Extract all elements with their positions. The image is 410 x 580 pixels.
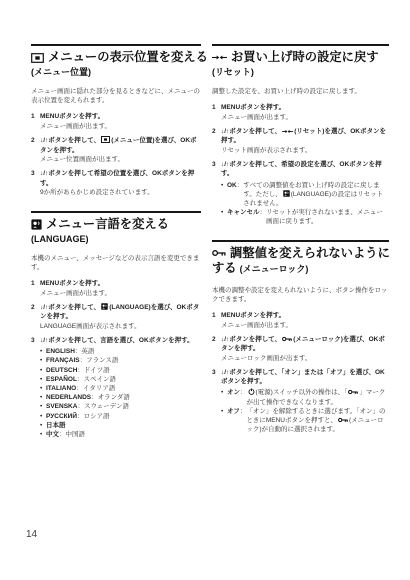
- step: 2 ↓/↑ボタンを押して、(リセット)を選び、OKボタンを押す。 リセット画面が…: [212, 127, 389, 155]
- step-instruction: ↓/↑ボタンを押して、(LANGUAGE)を選び、OKボタンを押す。: [40, 303, 201, 321]
- section-title-text: 調整値を変えられないように: [230, 246, 390, 261]
- step-number: 1: [212, 103, 221, 122]
- step: 2 ↓/↑ボタンを押して、(LANGUAGE)を選び、OKボタンを押す。 LAN…: [31, 303, 201, 331]
- section-intro: 本機の調整や設定を変えられないように、ボタン操作をロックできます。: [212, 286, 389, 304]
- section-menu-lock: 調整値を変えられないように する(メニューロック) 本機の調整や設定を変えられな…: [212, 240, 389, 435]
- menu-position-icon: [31, 53, 44, 63]
- reset-icon: [282, 129, 293, 134]
- step-number: 3: [212, 368, 221, 434]
- section-menu-position: メニューの表示位置を変える (メニュー位置) メニュー画面に隠れた部分を見るとき…: [31, 44, 201, 198]
- language-label: 中国語: [66, 430, 86, 439]
- step-note: メニュー画面が出ます。: [40, 122, 201, 131]
- instruction-text: ↓/↑ボタンを押して、: [40, 304, 100, 311]
- step-content: MENUボタンを押す。 メニュー画面が出ます。: [40, 112, 201, 131]
- step-number: 3: [31, 169, 40, 197]
- step-number: 1: [212, 311, 221, 330]
- language-label: スウェーデン語: [84, 402, 129, 411]
- step-number: 2: [31, 303, 40, 331]
- section-subtitle: (リセット): [212, 66, 389, 78]
- step-note: メニュー位置画面が出ます。: [40, 155, 201, 164]
- step-note: LANGUAGE画面が表示されます。: [40, 322, 201, 331]
- section-divider: [212, 240, 389, 242]
- option-text: すべての調整値をお買い上げ時の設定に戻します。ただし、(LANGUAGE)の設定…: [243, 181, 389, 209]
- language-name: 中文: [46, 430, 59, 439]
- power-icon: [248, 388, 255, 395]
- section-intro: 本機のメニュー、メッセージなどの表示言語を変更できます。: [31, 254, 201, 272]
- language-label: イタリア語: [83, 384, 116, 393]
- option-text-part: リセットが実行されないまま、メニュー画面に戻ります。: [266, 209, 383, 225]
- section-subtitle: (メニュー位置): [31, 66, 201, 78]
- language-label: フランス語: [86, 356, 118, 365]
- step-note: 9か所があらかじめ設定されています。: [40, 188, 201, 197]
- step-note: メニュー画面が出ます。: [221, 321, 389, 330]
- step: 3 ↓/↑ボタンを押して、希望の設定を選び、OKボタンを押す。 • OK ： す…: [212, 160, 389, 226]
- section-title: 調整値を変えられないように: [212, 246, 389, 261]
- step-content: MENUボタンを押す。 メニュー画面が出ます。: [221, 103, 389, 122]
- language-label: 英語: [81, 347, 94, 356]
- step: 1 MENUボタンを押す。 メニュー画面が出ます。: [212, 103, 389, 122]
- list-item: •日本語: [40, 421, 201, 430]
- option-label: OK: [227, 181, 237, 209]
- language-name: NEDERLANDS: [46, 393, 91, 402]
- list-item: •SVENSKA：スウェーデン語: [40, 402, 201, 411]
- section-subtitle: (LANGUAGE): [31, 233, 201, 245]
- step-content: ↓/↑ボタンを押して、希望の設定を選び、OKボタンを押す。 • OK ： すべて…: [221, 160, 389, 226]
- list-item: •FRANÇAIS：フランス語: [40, 356, 201, 365]
- option-list: • オン ： (電源)スイッチ以外の操作は、「」マークが出て操作できなくなります…: [221, 388, 389, 434]
- option-list: • OK ： すべての調整値をお買い上げ時の設定に戻します。ただし、(LANGU…: [221, 181, 389, 227]
- language-label: オランダ語: [98, 393, 130, 402]
- step-note: メニュー画面が出ます。: [40, 289, 201, 298]
- key-icon: [348, 389, 358, 395]
- step-instruction: MENUボタンを押す。: [221, 103, 389, 112]
- language-icon: [101, 303, 108, 310]
- option-text-part: (電源)スイッチ以外の操作は、「: [256, 389, 348, 396]
- step-content: MENUボタンを押す。 メニュー画面が出ます。: [221, 311, 389, 330]
- list-item: •РУССКИЙ：ロシア語: [40, 412, 201, 421]
- section-title-text: する: [212, 261, 237, 275]
- step: 2 ↓/↑ボタンを押して、(メニューロック)を選び、OKボタンを押す。 メニュー…: [212, 335, 389, 363]
- section-title: お買い上げ時の設定に戻す: [212, 50, 389, 65]
- step-content: ↓/↑ボタンを押して希望の位置を選び、OKボタンを押す。 9か所があらかじめ設定…: [40, 169, 201, 197]
- list-item: • オフ ： 「オン」を解除するときに選びます。「オン」のときにMENUボタンを…: [221, 407, 389, 435]
- option-label: オフ: [227, 407, 240, 435]
- list-item: • キャンセル ： リセットが実行されないまま、メニュー画面に戻ります。: [221, 208, 389, 226]
- section-title-line2: する(メニューロック): [212, 261, 389, 277]
- language-label: ロシア語: [84, 412, 110, 421]
- manual-page: メニューの表示位置を変える (メニュー位置) メニュー画面に隠れた部分を見るとき…: [0, 0, 410, 580]
- list-item: •中文：中国語: [40, 430, 201, 439]
- section-divider: [31, 211, 201, 213]
- left-column: メニューの表示位置を変える (メニュー位置) メニュー画面に隠れた部分を見るとき…: [31, 44, 201, 452]
- step-instruction: MENUボタンを押す。: [40, 279, 201, 288]
- step-note: メニューロック画面が出ます。: [221, 354, 389, 363]
- list-item: •ESPAÑOL：スペイン語: [40, 375, 201, 384]
- language-name: РУССКИЙ: [46, 412, 77, 421]
- section-title: メニューの表示位置を変える: [31, 50, 201, 65]
- instruction-text: ↓/↑ボタンを押して、: [221, 128, 281, 135]
- language-list: •ENGLISH：英語 •FRANÇAIS：フランス語 •DEUTSCH：ドイツ…: [40, 347, 201, 439]
- step-instruction: ↓/↑ボタンを押して、希望の設定を選び、OKボタンを押す。: [221, 160, 389, 178]
- list-item: •NEDERLANDS：オランダ語: [40, 393, 201, 402]
- list-item: •ENGLISH：英語: [40, 347, 201, 356]
- option-label: オン: [227, 388, 240, 406]
- step-number: 3: [31, 336, 40, 439]
- section-language: メニュー言語を変える (LANGUAGE) 本機のメニュー、メッセージなどの表示…: [31, 211, 201, 440]
- language-name: FRANÇAIS: [46, 356, 80, 365]
- key-icon: [282, 336, 292, 342]
- step-instruction: MENUボタンを押す。: [221, 311, 389, 320]
- step-note: メニュー画面が出ます。: [221, 113, 389, 122]
- step-number: 2: [212, 127, 221, 155]
- step-content: MENUボタンを押す。 メニュー画面が出ます。: [40, 279, 201, 298]
- language-icon: [31, 219, 42, 230]
- section-intro: メニュー画面に隠れた部分を見るときなどに、メニューの表示位置を変えられます。: [31, 87, 201, 105]
- step-content: ↓/↑ボタンを押して、「オン」または「オフ」を選び、OKボタンを押す。 • オン…: [221, 368, 389, 434]
- language-name: ITALIANO: [46, 384, 76, 393]
- option-text: 「オン」を解除するときに選びます。「オン」のときにMENUボタンを押すと、(メニ…: [246, 407, 389, 435]
- step-instruction: ↓/↑ボタンを押して、(メニュー位置)を選び、OKボタンを押す。: [40, 136, 201, 154]
- instruction-text: ↓/↑ボタンを押して、: [221, 336, 281, 343]
- section-title-text: メニュー言語を変える: [46, 217, 169, 232]
- step: 3 ↓/↑ボタンを押して、「オン」または「オフ」を選び、OKボタンを押す。 • …: [212, 368, 389, 434]
- option-text: (電源)スイッチ以外の操作は、「」マークが出て操作できなくなります。: [247, 388, 390, 406]
- step: 3 ↓/↑ボタンを押して、言語を選び、OKボタンを押す。 •ENGLISH：英語…: [31, 336, 201, 439]
- language-name: 日本語: [46, 421, 66, 430]
- section-intro: 調整した設定を、お買い上げ時の設定に戻します。: [212, 87, 389, 96]
- step-instruction: ↓/↑ボタンを押して、言語を選び、OKボタンを押す。: [40, 336, 201, 345]
- step-instruction: ↓/↑ボタンを押して希望の位置を選び、OKボタンを押す。: [40, 169, 201, 187]
- step-content: ↓/↑ボタンを押して、言語を選び、OKボタンを押す。 •ENGLISH：英語 •…: [40, 336, 201, 439]
- section-divider: [212, 44, 389, 46]
- option-text: リセットが実行されないまま、メニュー画面に戻ります。: [266, 208, 389, 226]
- section-title: メニュー言語を変える: [31, 217, 201, 232]
- instruction-text: ↓/↑ボタンを押して、: [40, 137, 100, 144]
- language-label: ドイツ語: [84, 366, 110, 375]
- step-content: ↓/↑ボタンを押して、(メニュー位置)を選び、OKボタンを押す。 メニュー位置画…: [40, 136, 201, 164]
- step-content: ↓/↑ボタンを押して、(メニューロック)を選び、OKボタンを押す。 メニューロッ…: [221, 335, 389, 363]
- step-instruction: MENUボタンを押す。: [40, 112, 201, 121]
- reset-icon: [212, 54, 227, 61]
- language-name: ENGLISH: [46, 347, 75, 356]
- key-icon: [212, 249, 226, 257]
- step-number: 2: [212, 335, 221, 363]
- step: 2 ↓/↑ボタンを押して、(メニュー位置)を選び、OKボタンを押す。 メニュー位…: [31, 136, 201, 164]
- step-content: ↓/↑ボタンを押して、(LANGUAGE)を選び、OKボタンを押す。 LANGU…: [40, 303, 201, 331]
- section-title-text: お買い上げ時の設定に戻す: [231, 50, 379, 65]
- step-instruction: ↓/↑ボタンを押して、「オン」または「オフ」を選び、OKボタンを押す。: [221, 368, 389, 386]
- list-item: •ITALIANO：イタリア語: [40, 384, 201, 393]
- step-note: リセット画面が表示されます。: [221, 146, 389, 155]
- step-number: 1: [31, 112, 40, 131]
- step-instruction: ↓/↑ボタンを押して、(メニューロック)を選び、OKボタンを押す。: [221, 335, 389, 353]
- list-item: • オン ： (電源)スイッチ以外の操作は、「」マークが出て操作できなくなります…: [221, 388, 389, 406]
- step: 1 MENUボタンを押す。 メニュー画面が出ます。: [212, 311, 389, 330]
- section-title-text: メニューの表示位置を変える: [48, 50, 208, 65]
- step: 1 MENUボタンを押す。 メニュー画面が出ます。: [31, 112, 201, 131]
- menu-position-icon: [101, 136, 110, 143]
- step-number: 1: [31, 279, 40, 298]
- step-content: ↓/↑ボタンを押して、(リセット)を選び、OKボタンを押す。 リセット画面が表示…: [221, 127, 389, 155]
- section-reset: お買い上げ時の設定に戻す (リセット) 調整した設定を、お買い上げ時の設定に戻し…: [212, 44, 389, 227]
- language-name: SVENSKA: [46, 402, 77, 411]
- step-number: 2: [31, 136, 40, 164]
- step-instruction: ↓/↑ボタンを押して、(リセット)を選び、OKボタンを押す。: [221, 127, 389, 145]
- right-column: お買い上げ時の設定に戻す (リセット) 調整した設定を、お買い上げ時の設定に戻し…: [212, 44, 389, 447]
- list-item: •DEUTSCH：ドイツ語: [40, 366, 201, 375]
- language-name: DEUTSCH: [46, 366, 77, 375]
- section-divider: [31, 44, 201, 46]
- language-label: スペイン語: [83, 375, 116, 384]
- step: 1 MENUボタンを押す。 メニュー画面が出ます。: [31, 279, 201, 298]
- section-subtitle: (メニューロック): [240, 264, 309, 274]
- step: 3 ↓/↑ボタンを押して希望の位置を選び、OKボタンを押す。 9か所があらかじめ…: [31, 169, 201, 197]
- language-name: ESPAÑOL: [46, 375, 77, 384]
- page-number: 14: [26, 529, 37, 540]
- language-icon: [283, 190, 290, 197]
- option-label: キャンセル: [227, 208, 260, 226]
- list-item: • OK ： すべての調整値をお買い上げ時の設定に戻します。ただし、(LANGU…: [221, 181, 389, 209]
- key-icon: [338, 417, 348, 423]
- step-number: 3: [212, 160, 221, 226]
